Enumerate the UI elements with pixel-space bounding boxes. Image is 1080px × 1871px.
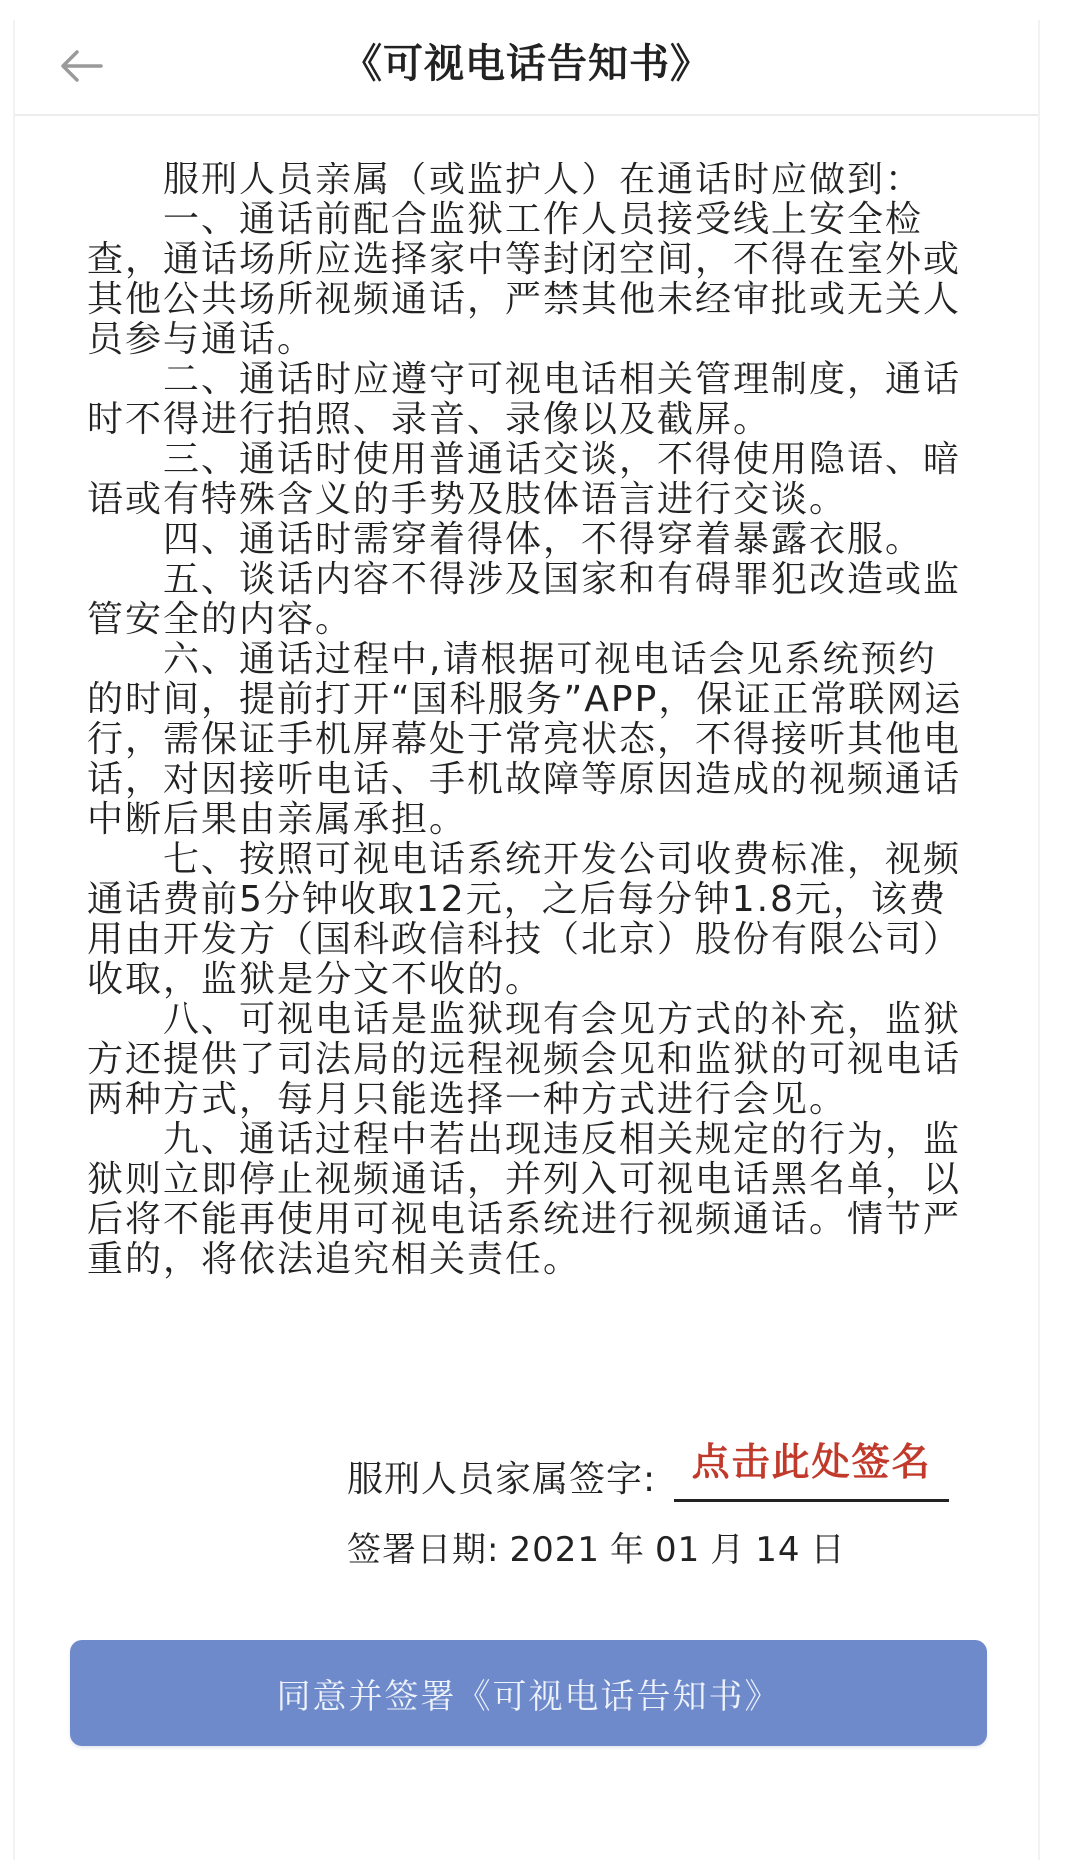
- scroll-top-mask: [15, 116, 1038, 162]
- date-day-unit: 日: [811, 1530, 846, 1570]
- header-bar: 《可视电话告知书》: [15, 20, 1038, 116]
- date-month-unit: 月: [710, 1530, 745, 1570]
- rule-3: 三、通话时使用普通话交谈，不得使用隐语、暗语或有特殊含义的手势及肢体语言进行交谈…: [87, 440, 967, 520]
- notice-body: 在入监教育期间一般不安排可视电话通话。 服刑人员亲属（或监护人）在通话时应做到：…: [87, 120, 967, 1280]
- intro-paragraph: 服刑人员亲属（或监护人）在通话时应做到：: [87, 160, 967, 200]
- rule-7: 七、按照可视电话系统开发公司收费标准，视频通话费前5分钟收取12元，之后每分钟1…: [87, 840, 967, 1000]
- rule-9: 九、通话过程中若出现违反相关规定的行为，监狱则立即停止视频通话，并列入可视电话黑…: [87, 1120, 967, 1280]
- rule-5: 五、谈话内容不得涉及国家和有碍罪犯改造或监管安全的内容。: [87, 560, 967, 640]
- signature-label: 服刑人员家属签字:: [347, 1458, 656, 1502]
- date-year-unit: 年: [610, 1530, 645, 1570]
- notice-scroll-area[interactable]: 在入监教育期间一般不安排可视电话通话。 服刑人员亲属（或监护人）在通话时应做到：…: [15, 116, 1038, 1860]
- rule-2: 二、通话时应遵守可视电话相关管理制度，通话时不得进行拍照、录音、录像以及截屏。: [87, 360, 967, 440]
- page-title: 《可视电话告知书》: [15, 38, 1038, 90]
- signature-row: 服刑人员家属签字: 点击此处签名: [347, 1438, 949, 1502]
- agree-and-sign-button[interactable]: 同意并签署《可视电话告知书》: [70, 1640, 987, 1746]
- date-day: 14: [755, 1530, 800, 1570]
- signing-date: 签署日期:2021年01月14日: [347, 1528, 856, 1572]
- rule-6: 六、通话过程中,请根据可视电话会见系统预约的时间，提前打开“国科服务”APP，保…: [87, 640, 967, 840]
- click-to-sign-link[interactable]: 点击此处签名: [692, 1440, 932, 1484]
- signature-field[interactable]: 点击此处签名: [674, 1440, 949, 1502]
- agree-button-label: 同意并签署《可视电话告知书》: [277, 1669, 781, 1718]
- rule-1: 一、通话前配合监狱工作人员接受线上安全检查，通话场所应选择家中等封闭空间，不得在…: [87, 200, 967, 360]
- rule-8: 八、可视电话是监狱现有会见方式的补充，监狱方还提供了司法局的远程视频会见和监狱的…: [87, 1000, 967, 1120]
- date-year: 2021: [509, 1530, 600, 1570]
- notice-page: 《可视电话告知书》 在入监教育期间一般不安排可视电话通话。 服刑人员亲属（或监护…: [13, 20, 1040, 1860]
- rule-4: 四、通话时需穿着得体，不得穿着暴露衣服。: [87, 520, 967, 560]
- date-label: 签署日期:: [347, 1530, 499, 1570]
- date-month: 01: [655, 1530, 700, 1570]
